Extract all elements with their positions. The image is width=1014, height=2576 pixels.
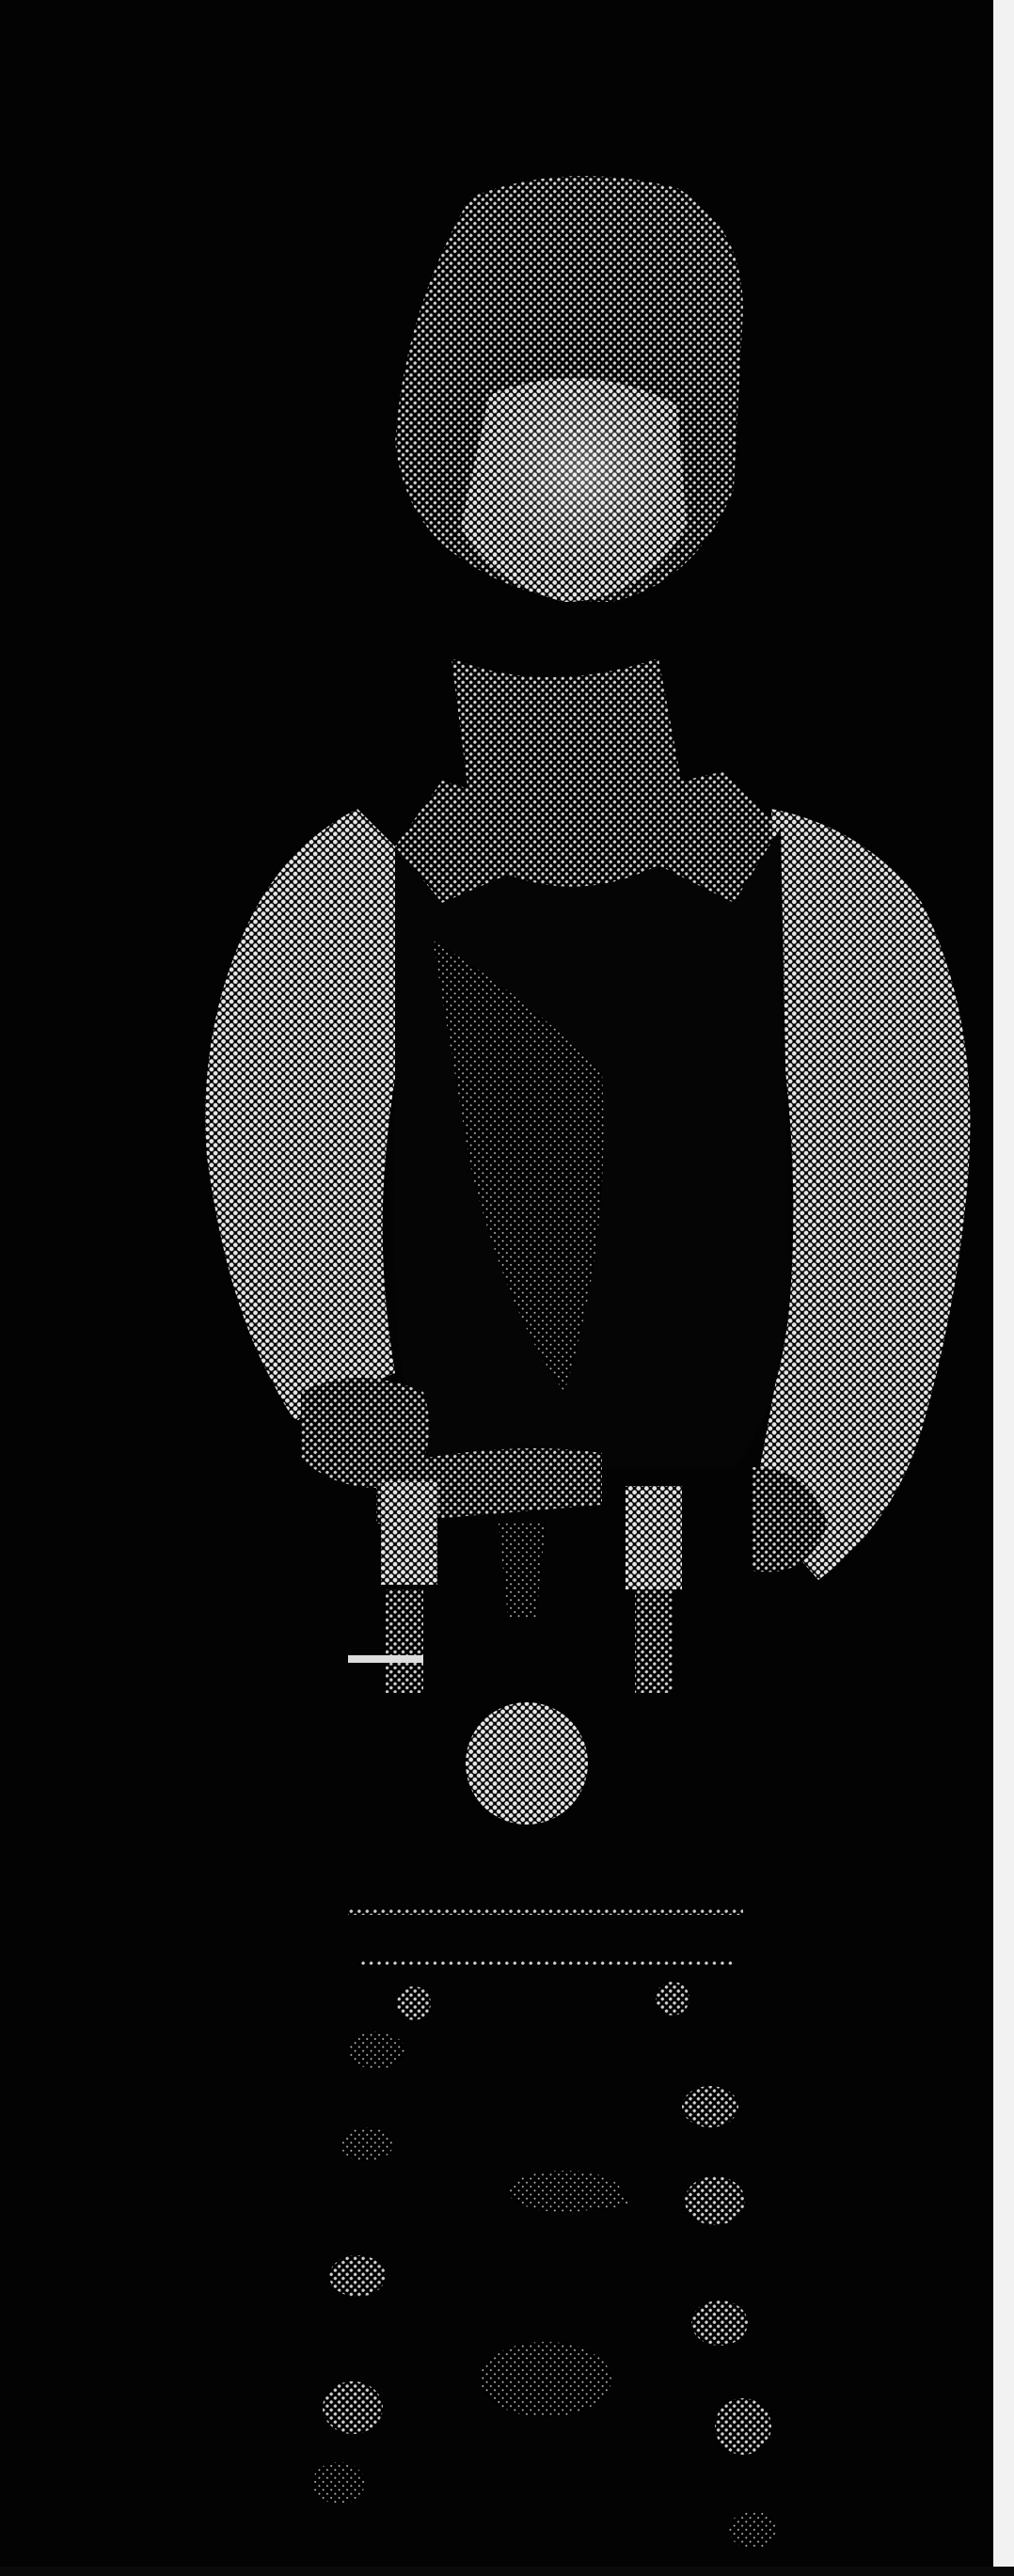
photo-figure: [0, 0, 1014, 2576]
overalls: [395, 828, 790, 1467]
halftone-photo: [0, 0, 1014, 2576]
collar: [395, 658, 781, 903]
bottom-edge: [0, 2567, 1014, 2576]
legs: [312, 2031, 776, 2549]
paper-border: [993, 0, 1014, 2576]
head: [395, 176, 743, 602]
machine: [348, 1448, 743, 2020]
